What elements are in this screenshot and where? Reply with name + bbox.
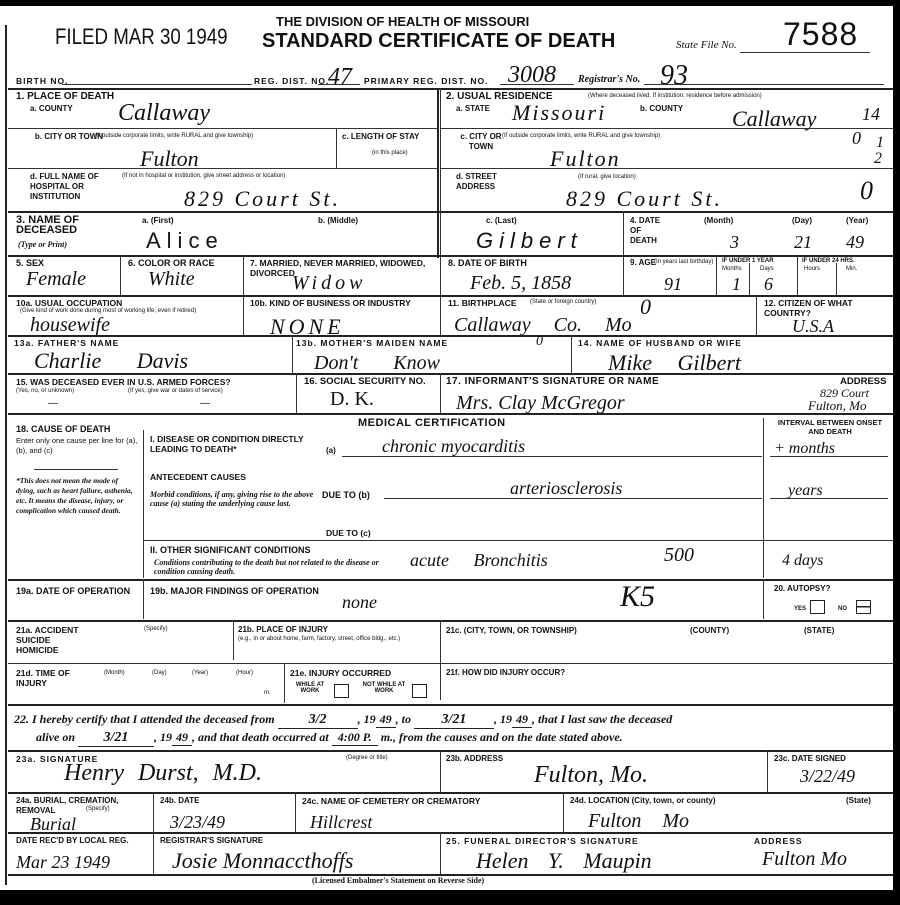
causes-statement: m., from the causes and on the date stat… <box>381 730 623 744</box>
cause-b-label: DUE TO (b) <box>322 490 370 500</box>
part-two-hint: Conditions contributing to the death but… <box>154 558 394 576</box>
embalmer-statement-note: (Licensed Embalmer's Statement on Revers… <box>312 876 484 885</box>
informant-label: 17. INFORMANT'S SIGNATURE OR NAME <box>446 377 659 387</box>
burial-location-value[interactable]: Fulton Mo <box>588 810 689 833</box>
street-address-hint: (If rural, give location) <box>578 174 636 180</box>
occupation-value[interactable]: housewife <box>30 314 110 337</box>
physician-signature[interactable]: Henry Durst, M.D. <box>64 760 262 787</box>
days-value[interactable]: 6 <box>764 274 773 295</box>
filed-stamp: FILED MAR 30 1949 <box>55 24 228 50</box>
cause-footnote: *This does not mean the mode of dying, s… <box>16 476 138 516</box>
physician-address[interactable]: Fulton, Mo. <box>534 762 648 789</box>
residence-county-label: b. COUNTY <box>640 104 683 114</box>
state-file-label: State File No. <box>676 39 737 51</box>
birthplace-hint: (State or foreign country) <box>530 299 596 305</box>
death-certificate: FILED MAR 30 1949 THE DIVISION OF HEALTH… <box>0 0 900 905</box>
form-border-left <box>5 25 7 885</box>
operation-findings-value[interactable]: none <box>342 592 377 613</box>
marital-status-value[interactable]: Widow <box>292 272 366 295</box>
birthplace-code: 0 <box>640 294 651 320</box>
injury-county-label: (COUNTY) <box>690 626 729 636</box>
degree-title-label: (Degree or title) <box>346 755 388 761</box>
attendance-text-2: that I last saw the deceased <box>538 712 672 726</box>
alive-label: alive on <box>36 730 75 744</box>
accident-specify-label: (Specify) <box>144 626 168 632</box>
attendance-statement: 22. I hereby certify that I attended the… <box>14 712 894 729</box>
under-one-year-label: IF UNDER 1 YEAR <box>722 258 774 264</box>
deceased-name-label: 3. NAME OF DECEASED <box>16 215 96 235</box>
residence-city-code-1: 0 <box>852 128 861 149</box>
scan-border-top <box>0 0 900 6</box>
sex-value[interactable]: Female <box>26 268 86 291</box>
business-label: 10b. KIND OF BUSINESS OR INDUSTRY <box>250 298 430 308</box>
cause-of-death-label: 18. CAUSE OF DEATH <box>16 424 110 434</box>
not-while-at-work-checkbox[interactable] <box>412 684 427 698</box>
pod-county-label: a. COUNTY <box>30 104 73 114</box>
physician-address-label: 23b. ADDRESS <box>446 754 503 764</box>
registrar-signature-label: REGISTRAR'S SIGNATURE <box>160 836 263 846</box>
place-of-death-label: 1. PLACE OF DEATH <box>16 92 114 102</box>
operation-findings-label: 19b. MAJOR FINDINGS OF OPERATION <box>150 586 319 596</box>
length-of-stay-label: c. LENGTH OF STAY <box>342 132 432 142</box>
scan-border-right <box>893 0 900 905</box>
injury-month-label: (Month) <box>104 670 125 676</box>
injury-day-label: (Day) <box>152 670 167 676</box>
birth-no-label: BIRTH NO. <box>16 76 68 86</box>
date-signed-label: 23c. DATE SIGNED <box>774 754 846 764</box>
part-two-label: II. OTHER SIGNIFICANT CONDITIONS <box>150 545 311 555</box>
pod-city-label: b. CITY OR TOWN <box>34 132 104 142</box>
informant-address-line-2[interactable]: Fulton, Mo <box>808 398 867 414</box>
time-of-injury-label: 21d. TIME OF INJURY <box>16 668 76 688</box>
alive-statement: alive on 3/21, 1949, and that death occu… <box>36 730 623 747</box>
to-year-prefix: 19 <box>500 712 512 726</box>
how-injury-occurred-label: 21f. HOW DID INJURY OCCUR? <box>446 668 565 678</box>
autopsy-no-checkbox[interactable] <box>856 600 871 614</box>
part-two-code: 500 <box>664 544 694 567</box>
funeral-director-signature[interactable]: Helen Y. Maupin <box>476 848 652 874</box>
date-received-label: DATE REC'D BY LOCAL REG. <box>16 836 146 846</box>
residence-county-code: 14 <box>862 104 880 125</box>
operation-code: K5 <box>620 580 655 614</box>
residence-city-label: c. CITY OR TOWN <box>456 132 506 152</box>
while-at-work-checkbox[interactable] <box>334 684 349 698</box>
antecedent-causes-label: ANTECEDENT CAUSES <box>150 472 246 482</box>
state-file-number: 7588 <box>783 16 858 53</box>
autopsy-no-label: NO <box>838 606 847 612</box>
hospital-label: d. FULL NAME OF HOSPITAL OR INSTITUTION <box>30 172 120 202</box>
deceased-name-hint: (Type or Print) <box>18 240 67 249</box>
attended-from-year[interactable]: 49 <box>376 712 396 728</box>
hospital-hint: (If not in hospital or institution, give… <box>122 173 422 179</box>
mother-maiden-name-label: 13b. MOTHER'S MAIDEN NAME <box>296 338 448 348</box>
armed-forces-dates[interactable]: — <box>200 398 210 409</box>
cause-b-value[interactable]: arteriosclerosis <box>510 478 622 499</box>
part-two-value[interactable]: acute Bronchitis <box>410 550 548 571</box>
armed-forces-hint-2: (If yes, give war or dates of service) <box>128 388 223 394</box>
death-time[interactable]: 4:00 P. <box>332 730 378 746</box>
first-name-value[interactable]: Alice <box>146 228 224 254</box>
death-day-value[interactable]: 21 <box>794 232 812 253</box>
spouse-name-label: 14. NAME OF HUSBAND OR WIFE <box>578 338 742 348</box>
autopsy-yes-label: YES <box>794 606 806 612</box>
mother-maiden-name-value[interactable]: Don't Know <box>314 352 440 375</box>
date-of-birth-value[interactable]: Feb. 5, 1858 <box>470 272 571 295</box>
funeral-address-label: ADDRESS <box>754 836 803 846</box>
reg-dist-number: 47 <box>328 64 352 91</box>
attended-to-date[interactable]: 3/21 <box>414 712 494 729</box>
months-label: Months <box>722 266 742 272</box>
hours-label: Hours <box>804 266 820 272</box>
antecedent-causes-hint: Morbid conditions, if any, giving rise t… <box>150 490 320 508</box>
injury-state-label: (STATE) <box>804 626 834 636</box>
under-24-hours-label: IF UNDER 24 HRS. <box>802 258 855 264</box>
funeral-director-address[interactable]: Fulton Mo <box>762 848 847 871</box>
while-at-work-label: WHILE AT WORK <box>290 682 330 694</box>
date-of-birth-label: 8. DATE OF BIRTH <box>448 258 527 268</box>
not-while-at-work-label: NOT WHILE AT WORK <box>360 682 408 694</box>
cemetery-label: 24c. NAME OF CEMETERY OR CREMATORY <box>302 796 480 806</box>
citizenship-value[interactable]: U.S.A <box>792 316 834 337</box>
hospital-value[interactable]: 829 Court St. <box>184 186 341 212</box>
attendance-text-1: 22. I hereby certify that I attended the… <box>14 712 275 726</box>
attended-to-year[interactable]: 49 <box>512 712 532 728</box>
armed-forces-value[interactable]: — <box>48 398 58 409</box>
residence-state-value[interactable]: Missouri <box>512 100 606 126</box>
age-label: 9. AGE <box>630 258 656 268</box>
part-two-interval[interactable]: 4 days <box>782 552 823 570</box>
occupation-label: 10a. USUAL OCCUPATION <box>16 298 122 308</box>
medical-certification-heading: MEDICAL CERTIFICATION <box>358 418 506 428</box>
attended-from-date[interactable]: 3/2 <box>278 712 358 729</box>
months-value[interactable]: 1 <box>732 274 741 295</box>
burial-location-label: 24d. LOCATION (City, town, or county) <box>570 796 715 806</box>
operation-date-label: 19a. DATE OF OPERATION <box>16 586 134 596</box>
death-month-value[interactable]: 3 <box>730 232 739 253</box>
death-year-label: (Year) <box>846 216 868 226</box>
pod-county-value[interactable]: Callaway <box>118 100 210 127</box>
scan-border-bottom <box>0 890 900 905</box>
social-security-value[interactable]: D. K. <box>330 388 374 411</box>
burial-date-label: 24b. DATE <box>160 796 199 806</box>
death-year-value[interactable]: 49 <box>846 232 864 253</box>
street-address-code: 0 <box>860 176 873 206</box>
funeral-director-label: 25. FUNERAL DIRECTOR'S SIGNATURE <box>446 836 639 846</box>
middle-name-label: b. (Middle) <box>318 216 358 226</box>
usual-residence-hint: (Where deceased lived. If institution: r… <box>588 93 888 99</box>
death-occurred-text: and that death occurred at <box>198 730 329 744</box>
disposition-label: 24a. BURIAL, CREMATION, REMOVAL <box>16 796 146 816</box>
division-heading: THE DIVISION OF HEALTH OF MISSOURI <box>276 14 529 29</box>
registrar-signature[interactable]: Josie Monnaccthoffs <box>172 848 353 874</box>
primary-reg-label: PRIMARY REG. DIST. NO. <box>364 76 489 86</box>
cemetery-value[interactable]: Hillcrest <box>310 812 372 833</box>
sex-label: 5. SEX <box>16 258 44 268</box>
injury-m-label: m. <box>264 690 271 696</box>
certificate-title: STANDARD CERTIFICATE OF DEATH <box>262 30 615 53</box>
residence-state-label: a. STATE <box>456 104 490 114</box>
from-year-prefix: 19 <box>364 712 376 726</box>
to-label: to <box>402 712 411 726</box>
age-value[interactable]: 91 <box>664 274 682 295</box>
part-one-label: I. DISEASE OR CONDITION DIRECTLY LEADING… <box>150 434 340 454</box>
last-name-value[interactable]: Gilbert <box>476 228 583 254</box>
social-security-label: 16. SOCIAL SECURITY NO. <box>304 377 434 387</box>
alive-on-date[interactable]: 3/21 <box>78 730 154 747</box>
cause-c-label: DUE TO (c) <box>326 528 371 538</box>
injury-hour-label: (Hour) <box>236 670 253 676</box>
injury-occurred-label: 21e. INJURY OCCURRED <box>290 668 391 678</box>
pod-city-hint: (If outside corporate limits, write RURA… <box>95 133 335 139</box>
date-of-death-label: 4. DATE OF DEATH <box>630 216 670 246</box>
accident-label: 21a. ACCIDENT SUICIDE HOMICIDE <box>16 625 86 655</box>
father-name-label: 13a. FATHER'S NAME <box>14 338 119 348</box>
interval-label: INTERVAL BETWEEN ONSET AND DEATH <box>770 418 890 436</box>
minutes-label: Min. <box>846 266 857 272</box>
race-value[interactable]: White <box>148 268 195 291</box>
last-name-label: c. (Last) <box>486 216 517 226</box>
armed-forces-label: 15. WAS DECEASED EVER IN U.S. ARMED FORC… <box>16 377 231 387</box>
first-name-label: a. (First) <box>142 216 174 226</box>
registrar-no-label: Registrar's No. <box>578 74 640 85</box>
cause-of-death-hint: Enter only one cause per line for (a), (… <box>16 436 138 456</box>
armed-forces-hint-1: (Yes, no, or unknown) <box>16 388 74 394</box>
informant-value[interactable]: Mrs. Clay McGregor <box>456 392 625 415</box>
autopsy-label: 20. AUTOPSY? <box>774 584 830 594</box>
age-hint: (In years last birthday) <box>654 259 714 265</box>
cause-a-value[interactable]: chronic myocarditis <box>382 436 525 457</box>
burial-date-value[interactable]: 3/23/49 <box>170 812 225 833</box>
death-day-label: (Day) <box>792 216 812 226</box>
citizenship-label: 12. CITIZEN OF WHAT COUNTRY? <box>764 298 884 318</box>
autopsy-yes-checkbox[interactable] <box>810 600 825 614</box>
days-label: Days <box>760 266 774 272</box>
alive-on-year[interactable]: 49 <box>172 730 192 746</box>
injury-city-label: 21c. (CITY, TOWN, OR TOWNSHIP) <box>446 626 577 636</box>
race-label: 6. COLOR OR RACE <box>128 258 215 268</box>
father-name-value[interactable]: Charlie Davis <box>34 348 188 374</box>
street-address-value[interactable]: 829 Court St. <box>566 186 723 212</box>
length-of-stay-hint: (in this place) <box>372 150 408 156</box>
residence-city-code-3: 2 <box>874 150 882 168</box>
residence-city-hint: (If outside corporate limits, write RURA… <box>502 133 802 139</box>
mother-name-code: 0 <box>536 334 543 350</box>
disposition-hint: (Specify) <box>86 806 110 812</box>
date-signed-value[interactable]: 3/22/49 <box>800 766 855 787</box>
birthplace-label: 11. BIRTHPLACE <box>448 298 517 308</box>
place-of-injury-hint: (e.g., in or about home, farm, factory, … <box>238 636 438 642</box>
place-of-injury-label: 21b. PLACE OF INJURY <box>238 625 328 635</box>
date-received-value[interactable]: Mar 23 1949 <box>16 852 110 873</box>
burial-location-state-label: (State) <box>846 796 871 806</box>
alive-year-prefix: 19 <box>160 730 172 744</box>
street-address-label: d. STREET ADDRESS <box>456 172 526 192</box>
injury-year-label: (Year) <box>192 670 208 676</box>
cause-a-label: (a) <box>326 446 336 456</box>
death-month-label: (Month) <box>704 216 733 226</box>
